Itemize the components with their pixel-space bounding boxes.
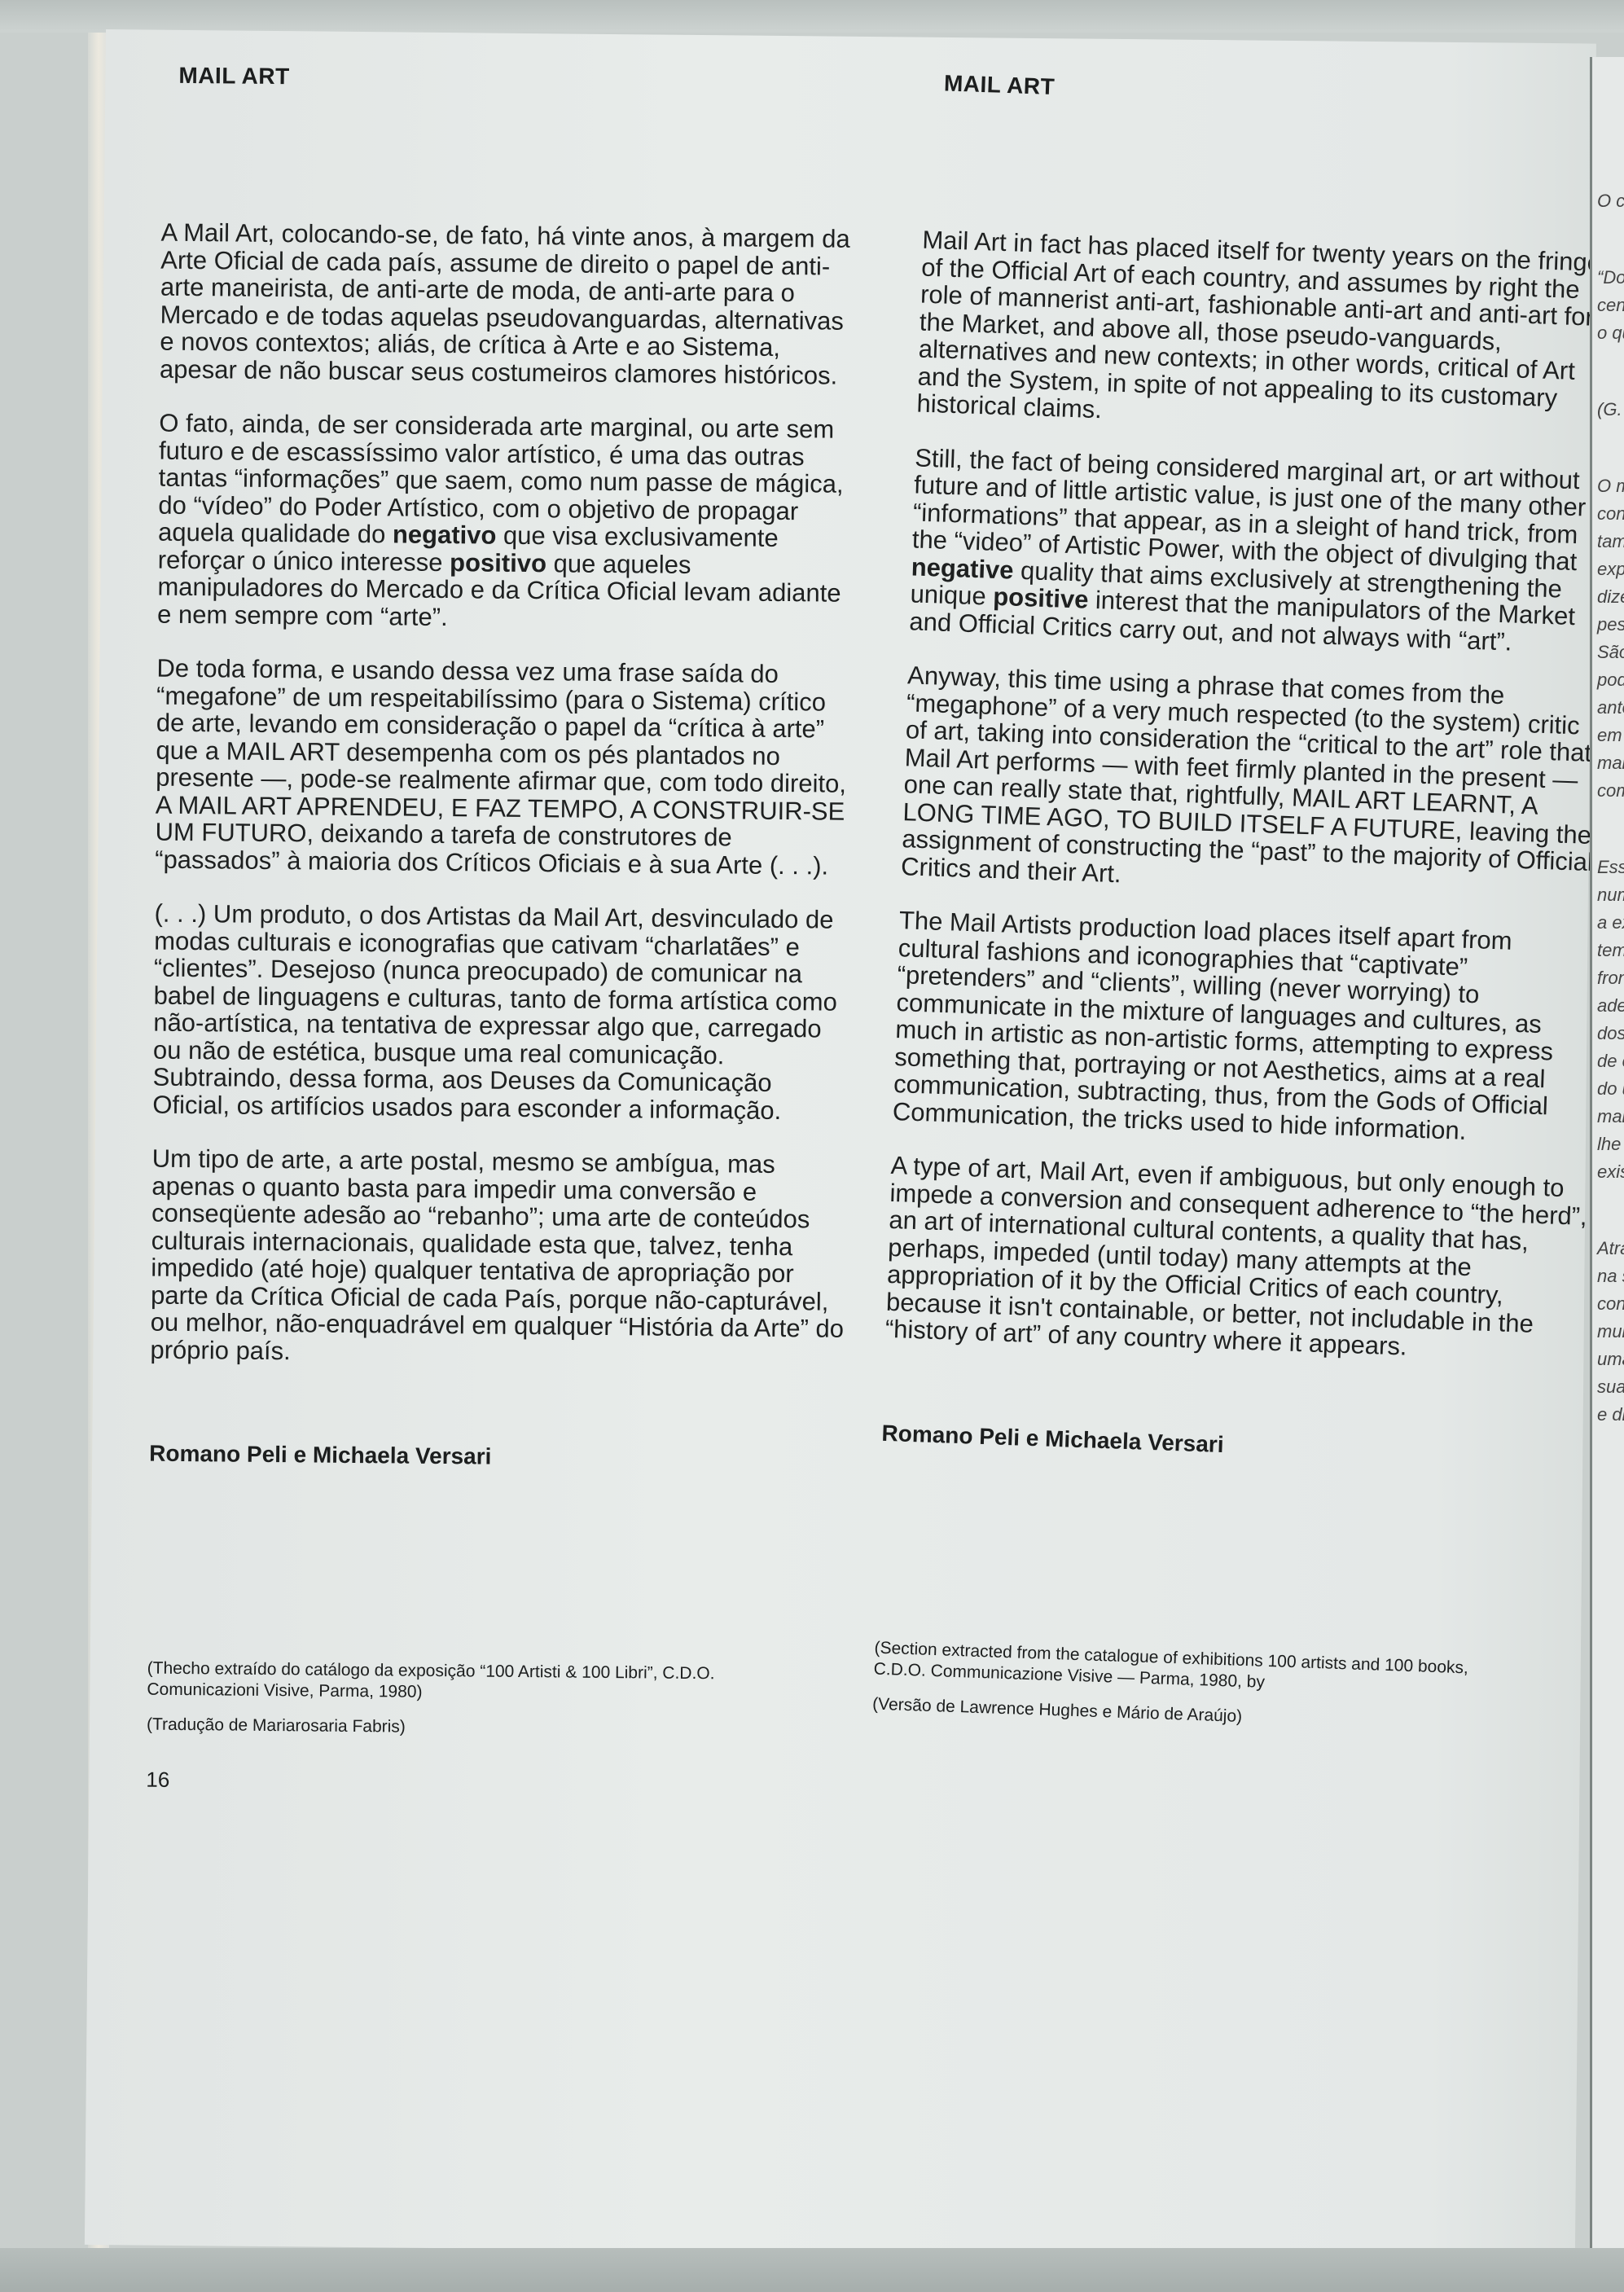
paragraph-1: Mail Art in fact has placed itself for t…	[916, 226, 1622, 441]
next-page-fragment: existente	[1592, 1158, 1624, 1186]
paragraph-2: Still, the fact of being considered marg…	[909, 444, 1615, 659]
desk-shadow	[0, 2248, 1624, 2292]
next-page-fragment: O mu	[1592, 472, 1624, 500]
author-byline-left: Romano Peli e Michaela Versari	[149, 1441, 849, 1473]
source-note-left: (Thecho extraído do catálogo da exposiçã…	[147, 1658, 766, 1706]
next-page-fragment: lhe permi	[1592, 1131, 1624, 1158]
next-page-fragment: (G. S	[1592, 396, 1624, 424]
next-page-fragment: numa á	[1592, 881, 1624, 909]
next-page-fragment: de criati	[1592, 1047, 1624, 1075]
next-page-fragment: fronteir	[1592, 964, 1624, 992]
next-page-fragment: mante	[1592, 749, 1624, 777]
next-page-fragment: cent	[1592, 292, 1624, 319]
next-page-fragment: tem pro	[1592, 937, 1624, 964]
translator-note-right: (Versão de Lawrence Hughes e Mário de Ar…	[872, 1694, 1573, 1737]
next-page-fragment: tama	[1592, 528, 1624, 555]
next-page-fragment: a expre	[1592, 909, 1624, 937]
next-page-fragment: antolo	[1592, 694, 1624, 722]
next-page-fragment: peso,	[1592, 611, 1624, 639]
next-page-text-fragments: O c“Docento qu(G. SO mucontitamaexprédiz…	[1592, 187, 1624, 1429]
portuguese-column: MAIL ART A Mail Art, colocando-se, de fa…	[146, 63, 862, 1799]
paragraph-3: De toda forma, e usando dessa vez uma fr…	[155, 655, 858, 880]
paragraph-5: Um tipo de arte, a arte postal, mesmo se…	[150, 1145, 853, 1370]
page-header-right: MAIL ART	[943, 70, 1624, 120]
next-page-fragment: dizer	[1592, 583, 1624, 611]
open-book-page: MAIL ART A Mail Art, colocando-se, de fa…	[85, 29, 1596, 2259]
page-header-left: MAIL ART	[178, 63, 862, 95]
paragraph-2: O fato, ainda, de ser considerada arte m…	[157, 410, 860, 634]
next-page-fragment: “Do	[1592, 264, 1624, 292]
next-page-fragment: O c	[1592, 187, 1624, 215]
next-page-fragment: São p	[1592, 639, 1624, 666]
next-page-fragment: uma relaçã	[1592, 1346, 1624, 1373]
next-page-fragment: conti	[1592, 500, 1624, 528]
next-page-fragment: na socied	[1592, 1262, 1624, 1290]
next-page-fragment: com o	[1592, 777, 1624, 805]
next-page-fragment: e direta.	[1592, 1401, 1624, 1429]
next-page-fragment: o qu	[1592, 319, 1624, 347]
next-page-fragment: Essas	[1592, 854, 1624, 881]
paragraph-3: Anyway, this time using a phrase that co…	[901, 661, 1609, 903]
author-byline-right: Romano Peli e Michaela Versari	[881, 1420, 1582, 1469]
next-page-fragment: do uso d	[1592, 1075, 1624, 1103]
paragraph-5: A type of art, Mail Art, even if ambiguo…	[884, 1152, 1591, 1367]
next-page-fragment: adequac	[1592, 992, 1624, 1020]
paragraph-1: A Mail Art, colocando-se, de fato, há vi…	[160, 219, 862, 389]
background-surface	[0, 0, 1624, 33]
bold-word-negativo: negativo	[393, 520, 497, 549]
next-page-fragment: expré	[1592, 555, 1624, 583]
article-body-en: Mail Art in fact has placed itself for t…	[884, 226, 1622, 1367]
next-page-fragment: dos códi	[1592, 1020, 1624, 1047]
article-body-pt: A Mail Art, colocando-se, de fato, há vi…	[150, 219, 861, 1370]
next-page-fragment: em po	[1592, 722, 1624, 749]
next-page-fragment: confinando	[1592, 1290, 1624, 1318]
english-column: MAIL ART Mail Art in fact has placed its…	[872, 70, 1624, 1738]
next-page-fragment: manipula	[1592, 1103, 1624, 1131]
page-number: 16	[146, 1767, 846, 1799]
next-page-fragment: mulher com	[1592, 1318, 1624, 1346]
bold-word-positivo: positivo	[450, 548, 546, 577]
translator-note-left: (Tradução de Mariarosaria Fabris)	[147, 1715, 847, 1741]
paragraph-4: The Mail Artists production load places …	[892, 907, 1600, 1148]
source-note-right: (Section extracted from the catalogue of…	[873, 1637, 1493, 1701]
next-page-fragment: Através d	[1592, 1235, 1624, 1262]
next-page-edge: O c“Docento qu(G. SO mucontitamaexprédiz…	[1590, 57, 1624, 2292]
paragraph-4: (. . .) Um produto, o dos Artistas da Ma…	[152, 900, 855, 1125]
next-page-fragment: poder	[1592, 666, 1624, 694]
next-page-fragment: sua relação	[1592, 1373, 1624, 1401]
